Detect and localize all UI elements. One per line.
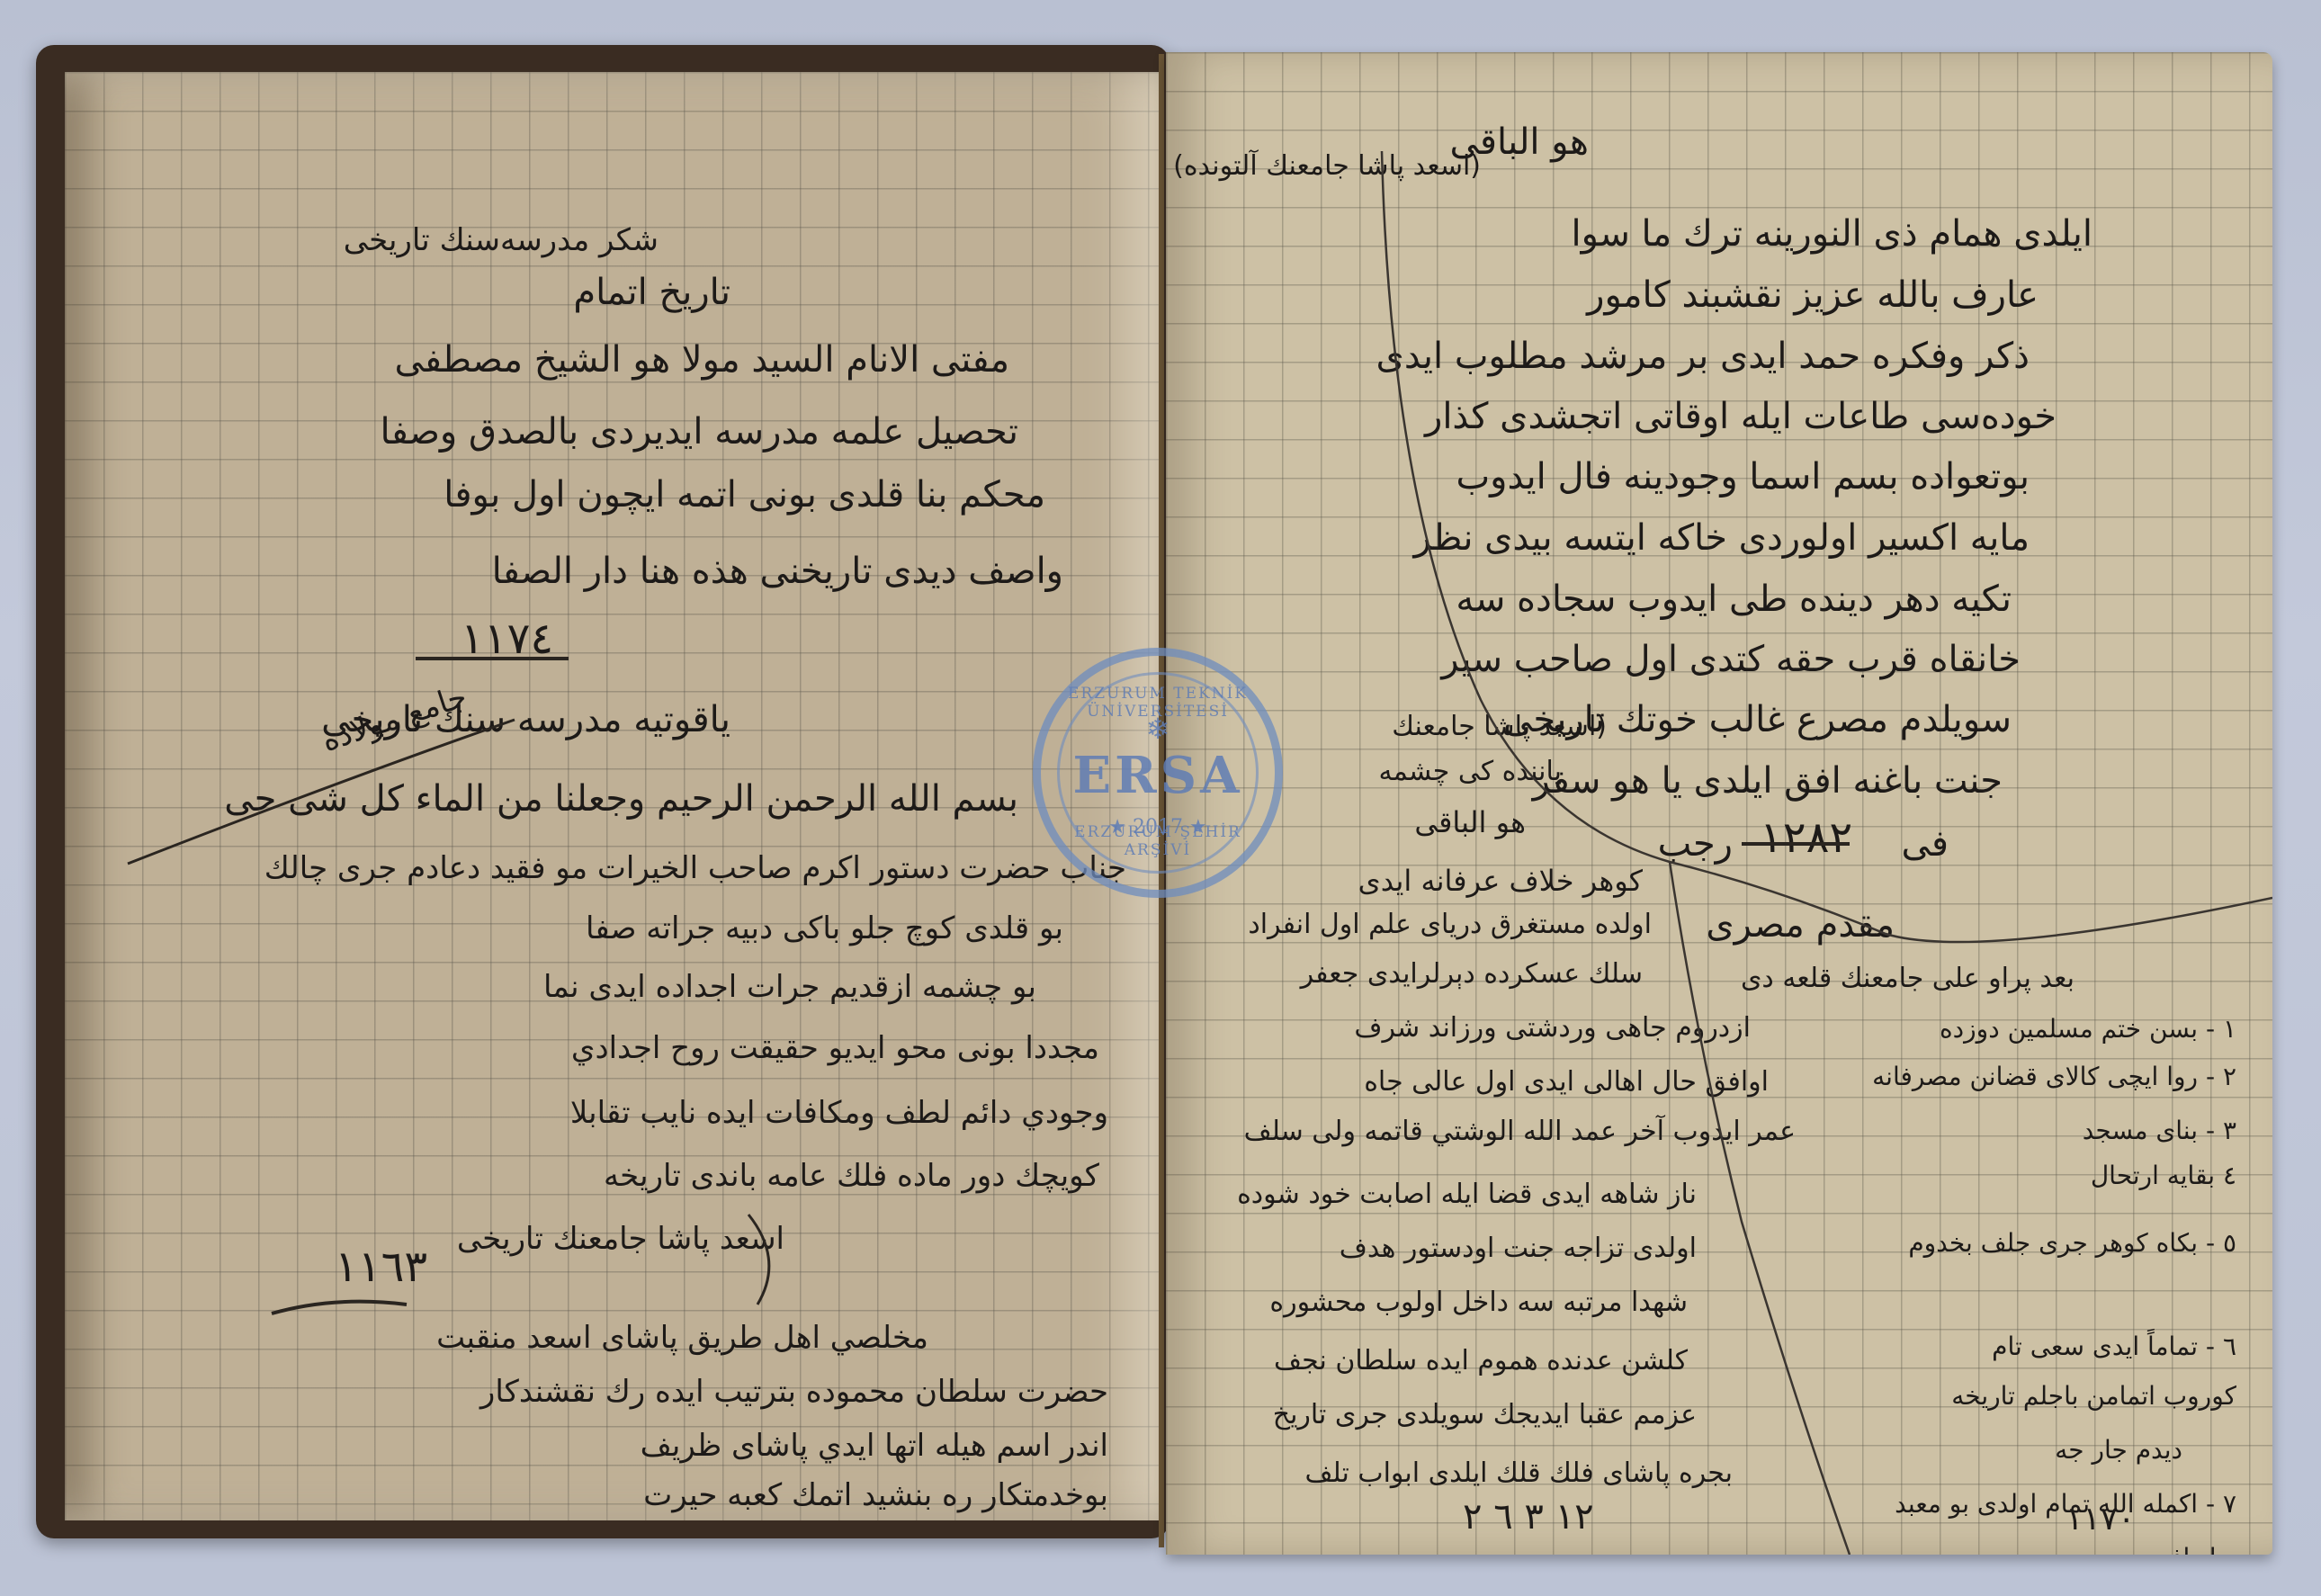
left-header-1: تاريخ اتمام (573, 274, 730, 310)
section-3-title: اسعد پاشا جامعنك تاريخى (457, 1224, 784, 1254)
right-page: هو الباقى (اسعد پاشا جامعنك آلتونده) ايل… (1166, 52, 2272, 1555)
middle-line-7: اولدى تزاجه جنت اودستور هدف (1340, 1235, 1697, 1262)
list-item-8: ديدم جار جه (2055, 1438, 2182, 1463)
stamp-bottom-text: ERZURUM ŞEHİR ARŞİVİ (1041, 823, 1275, 859)
date-month: رجب (1658, 826, 1733, 862)
left-line-3: محكم بنا قلدى بونى اتمه ايچون اول بوفا (444, 477, 1045, 513)
list-item-2: ٢ - روا ايچى كالاى قضانن مصرفانه (1872, 1064, 2236, 1089)
right-line-8: خانقاه قرب حقه كتدى اول صاحب سير (1441, 641, 2021, 677)
middle-note-3: هو الباقى (1414, 808, 1526, 837)
body-line-6: كويچك دور ماده فلك عامه باندى تاريخه (604, 1161, 1099, 1191)
year-1282: ١٢٨٢ (1760, 812, 1852, 863)
right-line-4: خودەسى طاعات ايله اوقاتى اتجشدى كذار (1425, 399, 2057, 435)
section-3-line-1: مخلصي اهل طريق پاشاى اسعد منقبت (436, 1323, 928, 1353)
right-line-6: مايه اكسير اولوردى خاكه ايتسه بيدى نظر (1413, 520, 2030, 556)
stamp-brand: ERSA (1041, 746, 1275, 805)
right-line-1: ايلدى همام ذى النورينه ترك ما سوا (1572, 216, 2092, 252)
middle-line-3: ازدروم جاهى وردشتى ورزاند شرف (1354, 1015, 1751, 1042)
middle-line-6: ناز شاهه ايدى قضا ايله اصابت خود شوده (1237, 1181, 1697, 1208)
date-prefix: فى (1902, 826, 1949, 862)
middle-line-2: سلك عسكرده دېرلرايدى جعفر (1301, 961, 1643, 988)
right-line-10: جنت باغنه افق ايلدى يا هو سفر (1533, 763, 2003, 799)
body-line-4: مجددا بونى محو ايديو حقيقت روح اجدادي (571, 1033, 1099, 1063)
year-1263: ١٢ ٣ ٦ ٢ (1463, 1496, 1594, 1538)
right-header-note: (اسعد پاشا جامعنك آلتونده) (1173, 153, 1481, 180)
section-3-line-3: اندر اسم هيله اتها ايدي پاشاى ظريف (641, 1430, 1108, 1461)
body-line-3: بو چشمه ازقديم جرات اجداده ايدى نما (543, 972, 1036, 1002)
list-item-3: ٣ - بناى مسجد (2083, 1118, 2236, 1143)
middle-line-5: عمر ايدوب آخر عمد الله الوشتي قاتمه ولى … (1244, 1118, 1796, 1145)
left-line-1: مفتى الانام السيد مولا هو الشيخ مصطفى (395, 342, 1009, 378)
year-1174: ١١٧٤ (461, 614, 553, 664)
middle-note-2: يانندە كى چشمه (1379, 758, 1562, 785)
left-line-2: تحصيل علمه مدرسه ايديردى بالصدق وصفا (381, 414, 1018, 450)
basmala: بسم الله الرحمن الرحيم وجعلنا من الماء ك… (224, 781, 1018, 817)
right-line-5: بوتعواده بسم اسما وجودينه فال ايدوب (1456, 459, 2030, 495)
left-header-2: شكر مدرسەسنك تاريخى (344, 225, 659, 256)
middle-line-9: كلشن عدنده هموم ايده سلطان نجف (1274, 1348, 1688, 1375)
list-item-5: ٥ - بكاه كوهر جرى جلف بخدوم (1908, 1231, 2236, 1256)
section-3-line-4: بوخدمتكار ره بنشيد اتمك كعبه حيرت (643, 1480, 1108, 1511)
list-title: بعد پراو على جامعنك قلعه دى (1741, 965, 2075, 992)
right-line-3: ذكر وفكره حمد ايدى بر مرشد مطلوب ايدى (1376, 338, 2030, 374)
right-line-2: عارف بالله عزيز نقشبند كامور (1587, 277, 2039, 313)
left-line-4: واصف ديدى تاريخنى هذه هنا دار الصفا (492, 553, 1063, 589)
body-line-1: جناب حضرت دستور اكرم صاحب الخيرات مو فقي… (264, 853, 1126, 883)
footer-note: دل افروز (2133, 1546, 2227, 1555)
list-item-6: ٦ - تماماً ايدى سعى تام (1992, 1334, 2236, 1359)
section-2-title: ياقوتيه مدرسه سنك تاريخى (321, 702, 730, 738)
list-item-7: كوروب اتمامن باجلم تاريخه (1951, 1384, 2236, 1409)
year-1170: ١١٧٠ (2066, 1501, 2135, 1538)
middle-line-4: اوافق حال اهالى ايدى اول عالى جاه (1364, 1069, 1769, 1096)
list-item-4: ٤ بقايه ارتحال (2091, 1163, 2236, 1188)
middle-line-8: شهدا مرتبه سه داخل اولوب محشوره (1269, 1289, 1688, 1316)
middle-line-11: بجره پاشاى فلك قلك ايلدى ابواب تلف (1304, 1460, 1733, 1487)
body-line-5: وجودي دائم لطف ومكافات ايده نايب تقابلا (570, 1098, 1108, 1128)
right-line-7: تكيه دهر دينده طى ايدوب سجاده سه (1456, 581, 2012, 617)
year-1163: ١١٦٣ (335, 1242, 427, 1292)
left-page: شكر مدرسەسنك تاريخى تاريخ اتمام مفتى الا… (65, 72, 1162, 1520)
snowflake-icon: ❄ (1041, 712, 1275, 746)
middle-note-4: كوهر خلاف عرفانه ايدى (1358, 866, 1643, 895)
middle-note-1: (اسعد پاشا جامعنك (1392, 713, 1607, 740)
list-item-1: ١ - بسن ختم مسلمين دوزدە (1940, 1017, 2236, 1042)
archive-stamp: ERZURUM TEKNİK ÜNİVERSİTESİ ❄ ERSA ★ 201… (1033, 648, 1283, 898)
signature: مقدم مصرى (1706, 907, 1895, 943)
middle-line-10: عزمم عقبا ايديجك سويلدى جرى تاريخ (1273, 1402, 1697, 1429)
body-line-2: بو قلدى كوچ جلو باكى دبيه جراته صفا (586, 913, 1063, 944)
section-3-line-2: حضرت سلطان محموده بترتيب ايده رك نقشندكا… (480, 1376, 1108, 1407)
middle-line-1: اولده مستغرق دريای علم اول انفراد (1248, 911, 1652, 938)
